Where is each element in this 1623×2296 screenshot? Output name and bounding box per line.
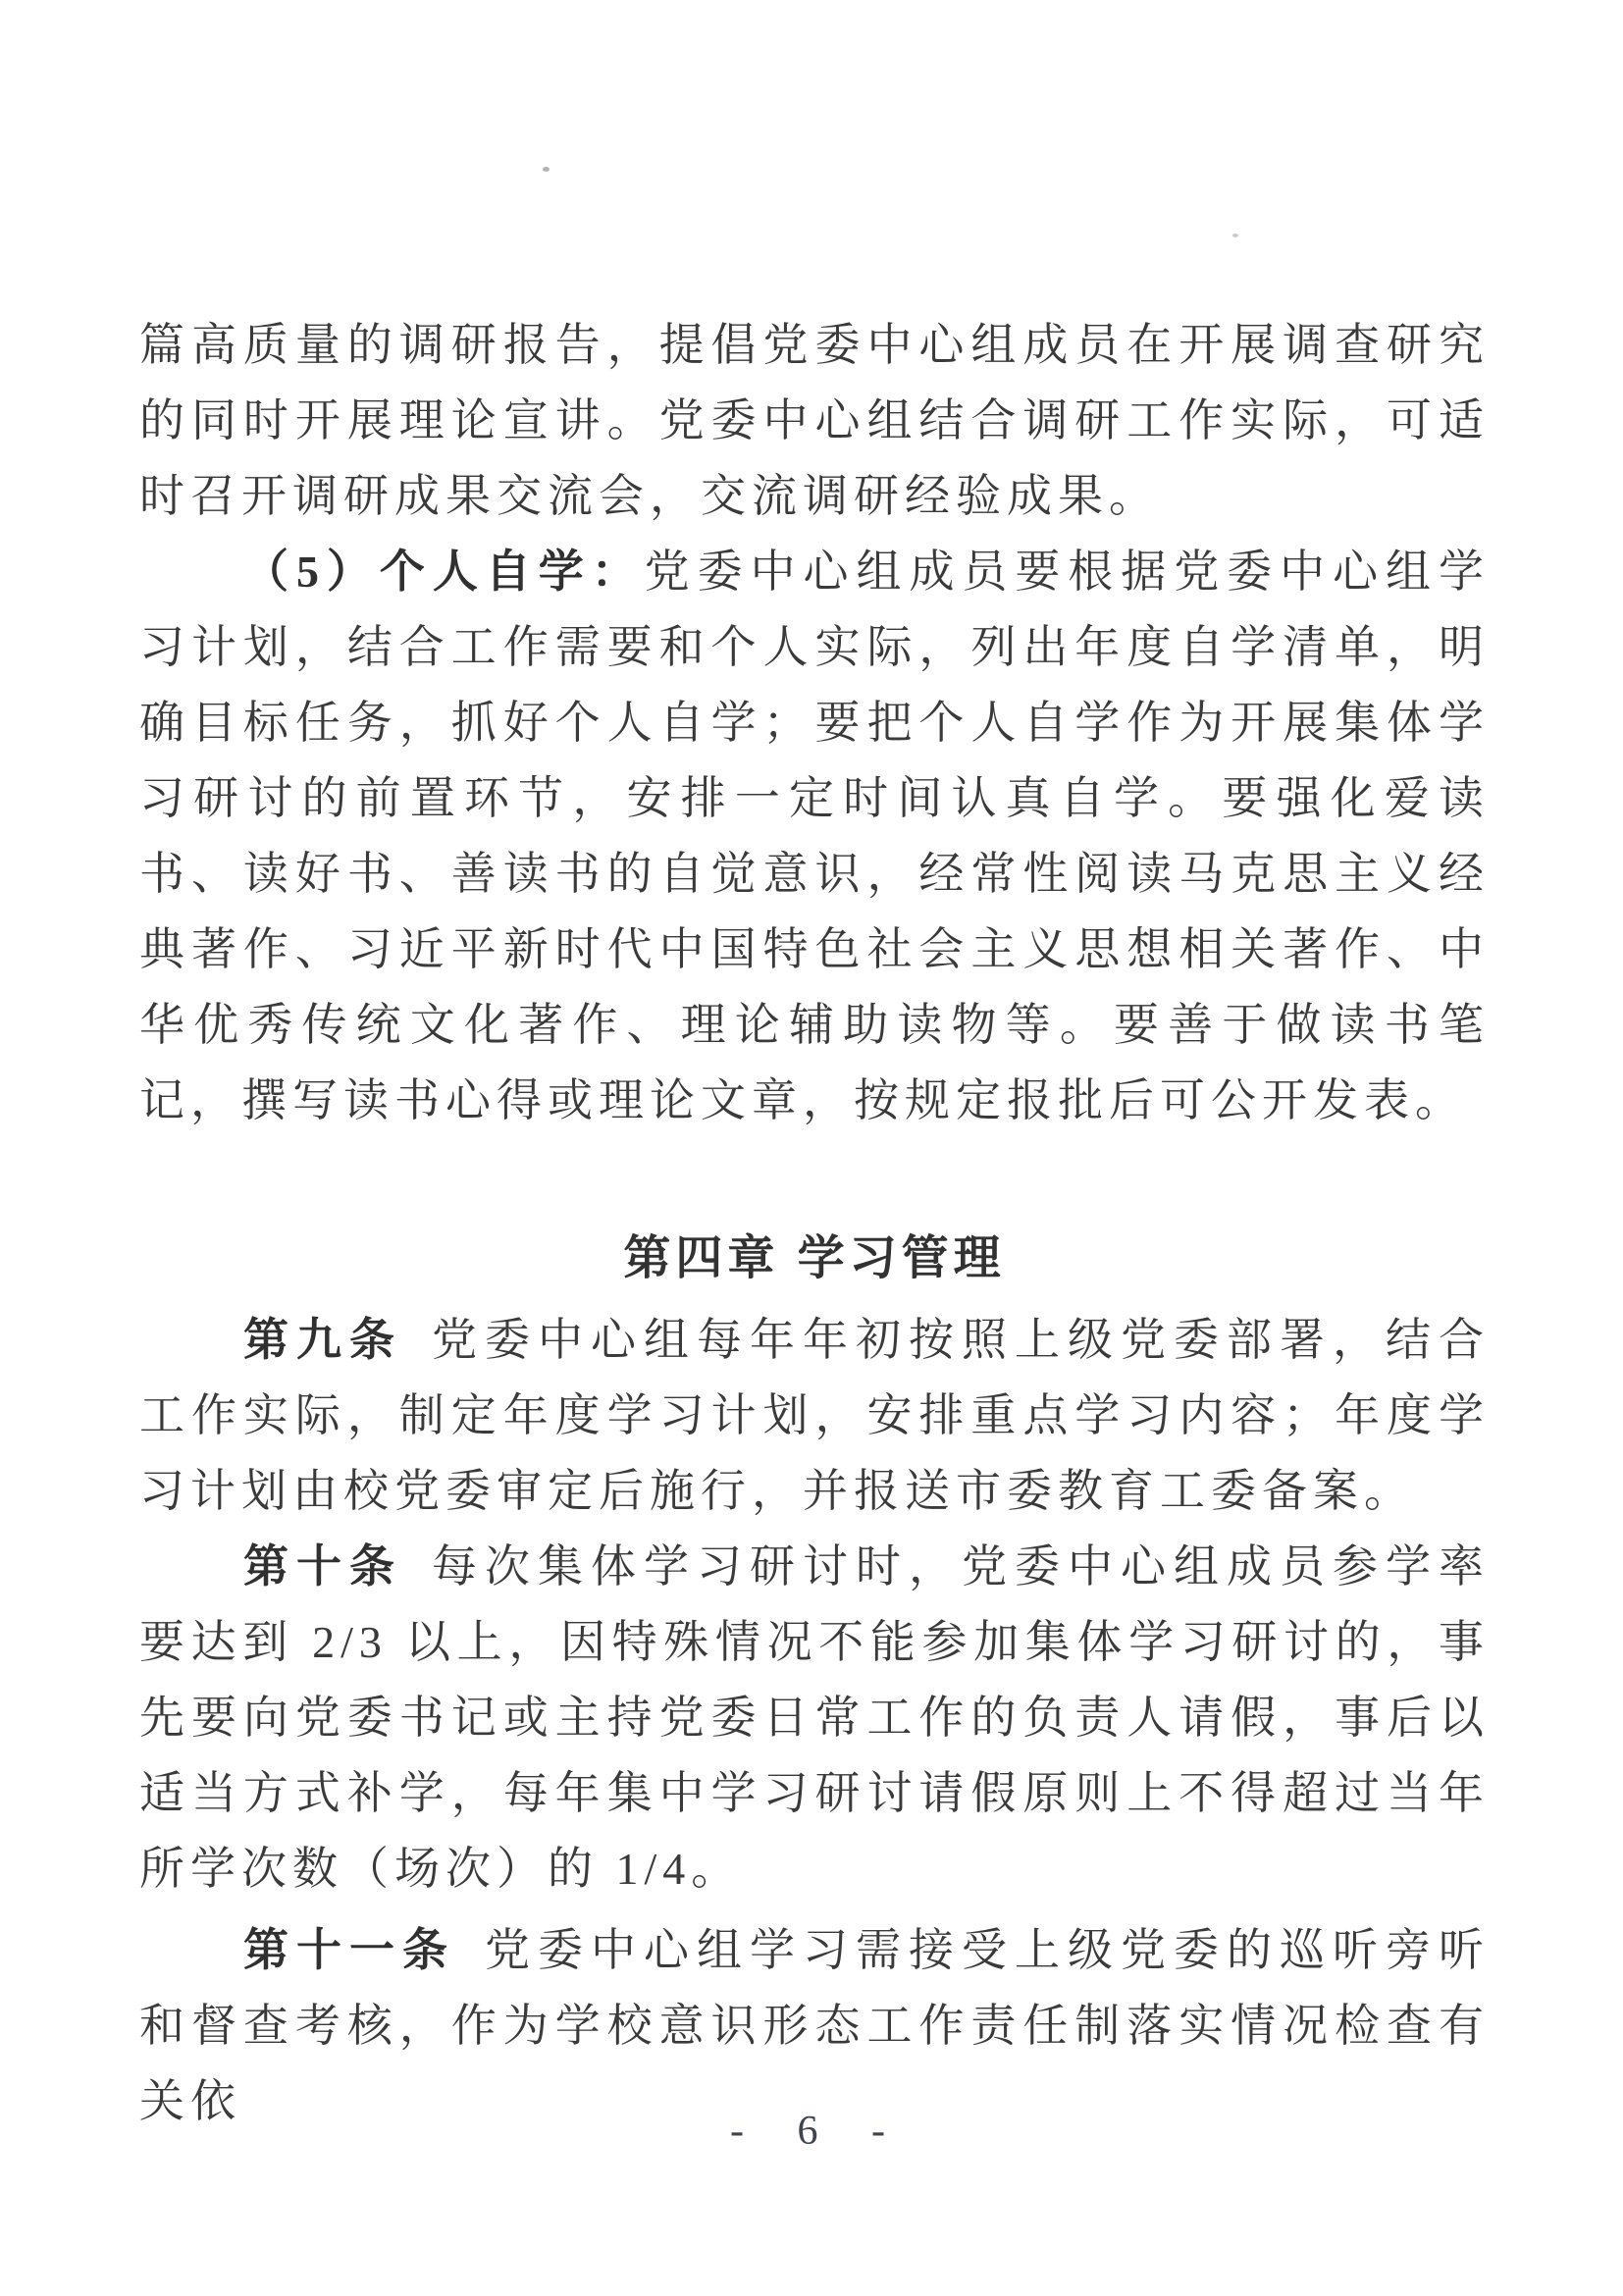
paragraph-article-10: 第十条每次集体学习研讨时，党委中心组成员参学率要达到 2/3 以上，因特殊情况不…: [139, 1529, 1490, 1906]
paragraph-continuation-text: 篇高质量的调研报告，提倡党委中心组成员在开展调查研究的同时开展理论宣讲。党委中心…: [139, 320, 1490, 521]
article-10-text: 每次集体学习研讨时，党委中心组成员参学率要达到 2/3 以上，因特殊情况不能参加…: [139, 1541, 1490, 1894]
paragraph-article-9: 第九条党委中心组每年年初按照上级党委部署，结合工作实际，制定年度学习计划，安排重…: [139, 1302, 1490, 1529]
article-11-number: 第十一条: [243, 1925, 485, 1975]
scan-speck-small: [1232, 234, 1238, 237]
page-content: 篇高质量的调研报告，提倡党委中心组成员在开展调查研究的同时开展理论宣讲。党委中心…: [139, 307, 1490, 2139]
paragraph-article-11: 第十一条党委中心组学习需接受上级党委的巡听旁听和督查考核，作为学校意识形态工作责…: [139, 1912, 1490, 2139]
paragraph-continuation: 篇高质量的调研报告，提倡党委中心组成员在开展调查研究的同时开展理论宣讲。党委中心…: [139, 307, 1490, 534]
chapter-heading: 第四章 学习管理: [139, 1221, 1490, 1296]
paragraph-self-study-lead: （5）个人自学：: [243, 547, 645, 597]
article-9-number: 第九条: [243, 1315, 432, 1365]
page-number: - 6 -: [0, 2108, 1623, 2155]
article-10-number: 第十条: [243, 1541, 432, 1592]
paragraph-self-study: （5）个人自学：党委中心组成员要根据党委中心组学习计划，结合工作需要和个人实际，…: [139, 534, 1490, 1138]
scan-speck: [543, 167, 550, 172]
document-page: 篇高质量的调研报告，提倡党委中心组成员在开展调查研究的同时开展理论宣讲。党委中心…: [0, 0, 1623, 2296]
paragraph-self-study-text: 党委中心组成员要根据党委中心组学习计划，结合工作需要和个人实际，列出年度自学清单…: [139, 547, 1490, 1125]
